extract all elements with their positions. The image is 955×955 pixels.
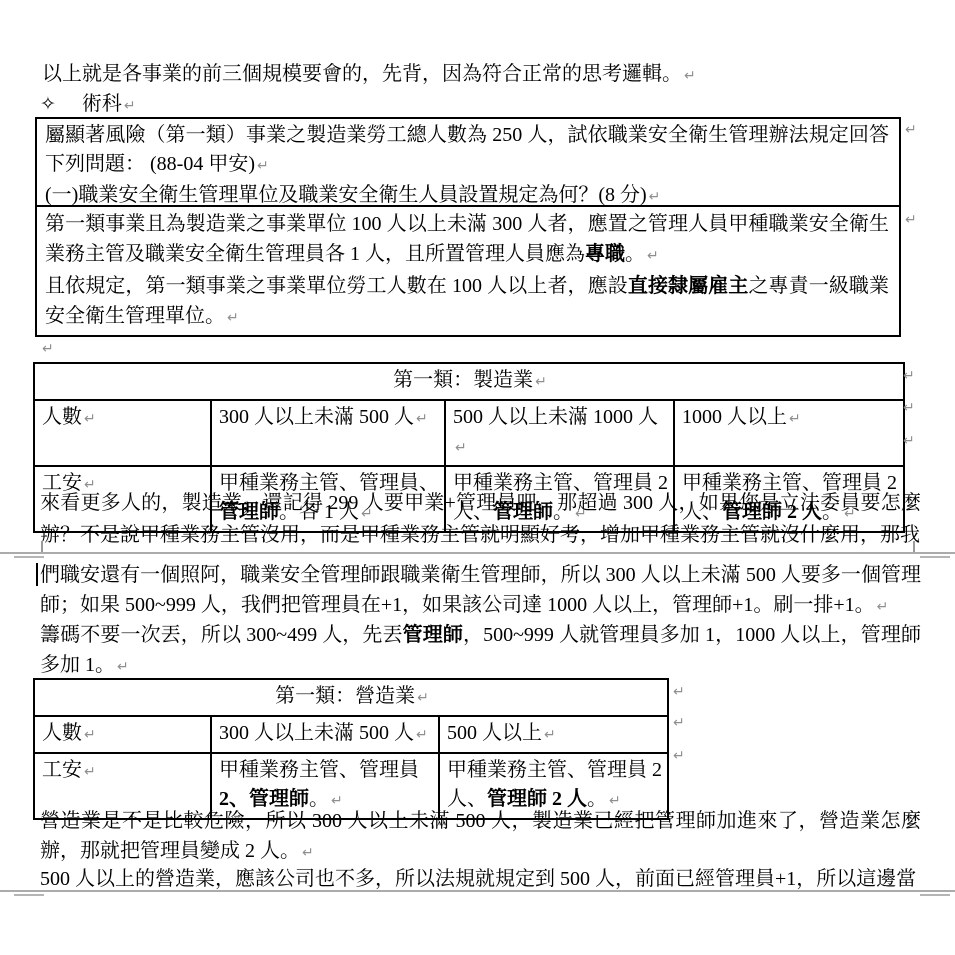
commentary-paragraph: 來看更多人的，製造業，還記得 299 人要甲業+管理員吧，那超過 300 人，如… [40,487,921,551]
table-row: 人數↵ 300 人以上未滿 500 人↵ 500 人以上↵ [34,716,668,753]
bold-text-run: 直接隸屬雇主 [628,275,749,297]
section-bullet-line: ✧術科↵ [40,90,136,120]
text-boundary-mark [14,894,44,896]
table-caption: 第一類：製造業↵ [34,363,904,400]
text-run: 們職安還有一個照阿，職業安全管理師跟職業衛生管理師，所以 300 人以上未滿 5… [40,564,921,616]
row-end-mark-icon: ↵ [905,122,917,138]
document-page: 以上就是各事業的前三個規模要會的，先背，因為符合正常的思考邏輯。↵ ✧術科↵ 屬… [0,0,955,955]
text-run: 以上就是各事業的前三個規模要會的，先背，因為符合正常的思考邏輯。 [42,63,682,85]
page-divider [0,890,955,892]
answer-paragraph: 第一類事業且為製造業之事業單位 100 人以上未滿 300 人者，應置之管理人員… [45,209,889,271]
table-cell: 300 人以上未滿 500 人↵ [211,716,439,753]
row-end-mark-icon: ↵ [903,368,915,384]
diamond-bullet-icon: ✧ [40,93,56,115]
text-run: 屬顯著風險（第一類）事業之製造業勞工總人數為 250 人，試依職業安全衛生管理辦… [45,124,889,175]
paragraph-mark-icon: ↵ [255,158,269,174]
empty-paragraph-mark-icon: ↵ [42,341,54,357]
question-paragraph: 屬顯著風險（第一類）事業之製造業勞工總人數為 250 人，試依職業安全衛生管理辦… [45,121,889,181]
cell-end-mark-icon: ↵ [414,727,428,743]
text-run: 甲種業務主管、管理員 [219,759,419,781]
cell-end-mark-icon: ↵ [453,440,467,456]
construction-table: 第一類：營造業↵ 人數↵ 300 人以上未滿 500 人↵ 500 人以上↵ 工… [33,678,669,820]
paragraph-mark-icon: ↵ [875,599,889,615]
section-label: 術科 [82,93,122,115]
text-boundary-mark [41,541,43,552]
row-end-mark-icon: ↵ [673,715,685,731]
table-cell: 500 人以上未滿 1000 人↵ [445,400,674,466]
table-caption-row: 第一類：製造業↵ [34,363,904,400]
text-run: 500 人以上的營造業，應該公司也不多，所以法規就規定到 500 人，前面已經管… [40,868,916,890]
text-run: 且依規定，第一類事業之事業單位勞工人數在 100 人以上者，應設 [45,275,628,297]
question-box: 屬顯著風險（第一類）事業之製造業勞工總人數為 250 人，試依職業安全衛生管理辦… [35,117,901,207]
text-run: 籌碼不要一次丟，所以 300~499 人，先丟 [40,624,403,646]
table-caption: 第一類：營造業↵ [34,679,668,716]
paragraph-mark-icon: ↵ [647,189,661,205]
text-run: 營造業是不是比較危險，所以 300 人以上未滿 500 人，製造業已經把管理師加… [40,810,921,862]
cell-end-mark-icon: ↵ [787,411,801,427]
table-cell: 300 人以上未滿 500 人↵ [211,400,445,466]
cell-end-mark-icon: ↵ [82,764,96,780]
text-run: (一)職業安全衛生管理單位及職業安全衛生人員設置規定為何？(8 分) [45,184,647,206]
cell-end-mark-icon: ↵ [82,727,96,743]
cell-end-mark-icon: ↵ [82,411,96,427]
cell-end-mark-icon: ↵ [542,727,556,743]
paragraph-mark-icon: ↵ [225,310,239,326]
paragraph-mark-icon: ↵ [115,659,129,675]
page-divider [0,552,955,554]
text-run: 來看更多人的，製造業，還記得 299 人要甲業+管理員吧，那超過 300 人，如… [40,492,921,546]
cell-end-mark-icon: ↵ [414,411,428,427]
row-end-mark-icon: ↵ [673,748,685,764]
row-end-mark-icon: ↵ [673,684,685,700]
answer-box: 第一類事業且為製造業之事業單位 100 人以上未滿 300 人者，應置之管理人員… [35,205,901,337]
cell-end-mark-icon: ↵ [415,690,429,706]
paragraph-mark-icon: ↵ [645,248,659,264]
table-cell: 人數↵ [34,716,211,753]
intro-paragraph: 以上就是各事業的前三個規模要會的，先背，因為符合正常的思考邏輯。↵ [42,59,923,91]
bold-text-run: 管理師 [403,624,463,646]
bold-text-run: 專職 [585,243,625,265]
row-end-mark-icon: ↵ [903,433,915,449]
paragraph-mark-icon: ↵ [300,845,314,861]
answer-paragraph: 且依規定，第一類事業之事業單位勞工人數在 100 人以上者，應設直接隸屬雇主之專… [45,271,889,333]
table-row: 人數↵ 300 人以上未滿 500 人↵ 500 人以上未滿 1000 人↵ 1… [34,400,904,466]
text-boundary-mark [920,894,950,896]
text-boundary-mark [920,556,950,558]
question-subitem: (一)職業安全衛生管理單位及職業安全衛生人員設置規定為何？(8 分)↵ [45,181,889,207]
text-boundary-mark [913,541,915,552]
table-cell: 人數↵ [34,400,211,466]
commentary-paragraph: 營造業是不是比較危險，所以 300 人以上未滿 500 人，製造業已經把管理師加… [40,806,921,868]
construction-table-wrapper: 第一類：營造業↵ 人數↵ 300 人以上未滿 500 人↵ 500 人以上↵ 工… [33,678,669,820]
row-end-mark-icon: ↵ [903,400,915,416]
text-run: 。 [625,243,645,265]
commentary-paragraph: 籌碼不要一次丟，所以 300~499 人，先丟管理師，500~999 人就管理員… [40,620,921,682]
text-run: 第一類事業且為製造業之事業單位 100 人以上未滿 300 人者，應置之管理人員… [45,213,889,265]
text-cursor [36,563,38,586]
cell-end-mark-icon: ↵ [533,374,547,390]
paragraph-mark-icon: ↵ [122,98,136,114]
text-boundary-mark [14,556,44,558]
commentary-paragraph: 們職安還有一個照阿，職業安全管理師跟職業衛生管理師，所以 300 人以上未滿 5… [40,560,921,622]
row-end-mark-icon: ↵ [905,212,917,228]
text-run: 甲種業務主管、管理員 2 [447,759,662,781]
table-cell: 500 人以上↵ [439,716,668,753]
table-cell: 1000 人以上↵ [674,400,904,466]
table-caption-row: 第一類：營造業↵ [34,679,668,716]
paragraph-mark-icon: ↵ [682,68,696,84]
